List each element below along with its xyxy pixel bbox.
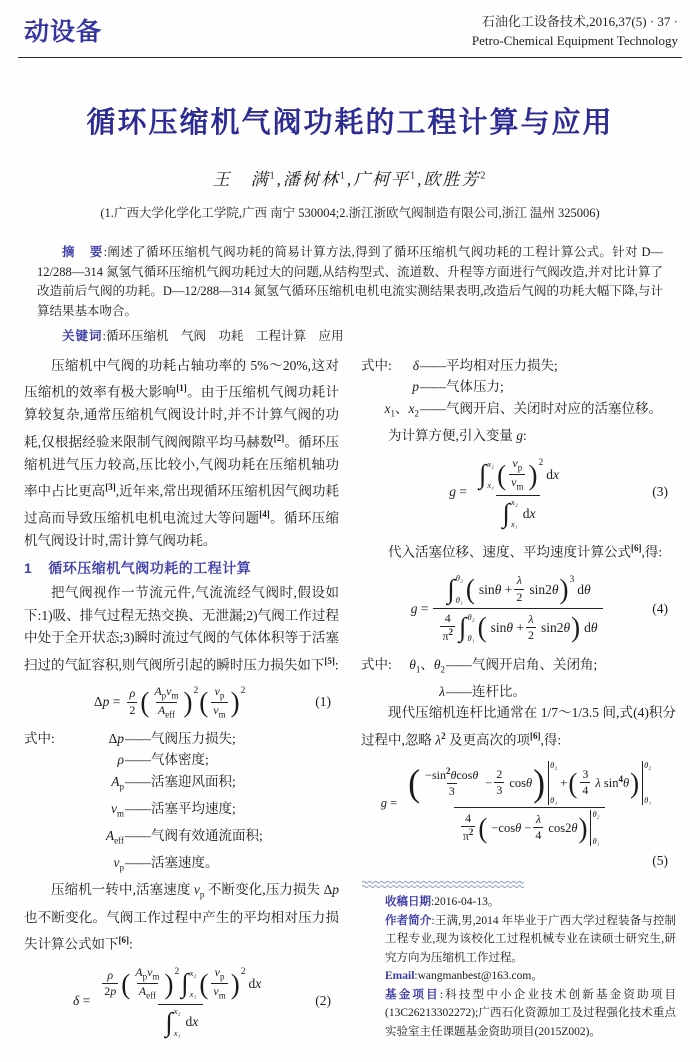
symbol-definitions-1: 式中:Δp——气阀压力损失; ρ——气体密度; Ap——活塞迎风面积; vm——… <box>24 728 339 880</box>
definition-row: λ——连杆比。 <box>361 681 676 703</box>
author-bio-line: 作者简介:王满,男,2014 年毕业于广西大学过程装备与控制工程专业,现为该校化… <box>385 912 676 968</box>
section-title: 循环压缩机气阀功耗的工程计算 <box>48 560 251 576</box>
left-paren: ( <box>478 815 487 841</box>
keywords-text: :循环压缩机 气阀 功耗 工程计算 应用 <box>103 329 344 343</box>
integral: ∫θ₂θ₁ <box>459 613 475 643</box>
evaluation-bar: θ₂θ₁ <box>590 810 599 846</box>
variable-g-paragraph: 为计算方便,引入变量 g: <box>361 425 676 448</box>
left-paren: ( <box>199 689 208 715</box>
definition-row: vp——活塞速度。 <box>24 852 339 879</box>
abstract-paragraph: 摘 要:阐述了循环压缩机气阀功耗的简易计算方法,得到了循环压缩机气阀功耗的工程计… <box>37 243 663 321</box>
symbol-definitions-2: 式中:δ——平均相对压力损失; p——气体压力; x1、x2——气阀开启、关闭时… <box>361 355 676 425</box>
abstract-label: 摘 要 <box>62 245 104 259</box>
keywords-paragraph: 关键词:循环压缩机 气阀 功耗 工程计算 应用 <box>37 327 663 347</box>
pressure-loss-paragraph: 压缩机一转中,活塞速度 vp 不断变化,压力损失 Δp 也不断变化。气阀工作过程… <box>24 879 339 956</box>
definition-row: vm——活塞平均速度; <box>24 798 339 825</box>
integral-icon: ∫ <box>181 970 188 997</box>
equation-5: g = ( −sin2θcosθ3 − 23 cosθ ) θ₂θ₁ + ( <box>361 759 676 848</box>
equation-number: (2) <box>315 990 331 1013</box>
symbol-definitions-3: 式中:θ1、θ2——气阀开启角、关闭角; λ——连杆比。 <box>361 654 676 703</box>
fund-line: 基金项目:科技型中小企业技术创新基金资助项目(13C26213302272);广… <box>385 986 676 1042</box>
definition-row: ρ——气体密度; <box>24 749 339 771</box>
integral-icon: ∫ <box>459 614 466 641</box>
column-tag: 动设备 <box>24 12 102 48</box>
authors-line: 王 满1,潘树林1,广柯平1,欧胜芳2 <box>0 165 700 190</box>
left-paren: ( <box>140 689 149 715</box>
intro-paragraph: 压缩机中气阀的功耗占轴功率的 5%～20%,这对压缩机的效率有极大影响[1]。由… <box>24 355 339 553</box>
left-paren: ( <box>497 462 506 488</box>
assumptions-paragraph: 把气阀视作一节流元件,气流流经气阀时,假设如下:1)吸、排气过程无热交换、无泄漏… <box>24 582 339 677</box>
right-paren: ) <box>559 577 568 603</box>
equation-number: (3) <box>652 481 668 504</box>
equation-3: g = ∫x₂x₁ ( vpvm )2 dx ∫x₂x₁ dx <box>361 454 676 530</box>
integral: ∫x₂x₁ <box>503 498 518 528</box>
journal-line-en: Petro-Chemical Equipment Technology <box>472 31 678 50</box>
right-paren: ) <box>231 689 240 715</box>
journal-page: 动设备 石油化工设备技术,2016,37(5) · 37 · Petro-Che… <box>0 0 700 1062</box>
equation-number: (4) <box>652 598 668 621</box>
definition-row: 式中:Δp——气阀压力损失; <box>24 728 339 750</box>
left-column: 压缩机中气阀的功耗占轴功率的 5%～20%,这对压缩机的效率有极大影响[1]。由… <box>24 355 339 1047</box>
journal-info: 石油化工设备技术,2016,37(5) · 37 · Petro-Chemica… <box>472 12 678 50</box>
journal-line-zh: 石油化工设备技术,2016,37(5) · 37 · <box>472 12 678 31</box>
left-paren: ( <box>466 577 475 603</box>
integral: ∫x₂x₁ <box>181 969 196 999</box>
two-column-body: 压缩机中气阀的功耗占轴功率的 5%～20%,这对压缩机的效率有极大影响[1]。由… <box>0 347 700 1047</box>
equation-number: (5) <box>361 850 676 873</box>
right-paren: ) <box>231 971 240 997</box>
article-title: 循环压缩机气阀功耗的工程计算与应用 <box>0 100 700 141</box>
integral-icon: ∫ <box>447 576 454 603</box>
left-paren: ( <box>121 971 130 997</box>
evaluation-bar: θ₂θ₁ <box>642 761 651 805</box>
definition-row: Aeff——气阀有效通流面积; <box>24 825 339 852</box>
keywords-label: 关键词 <box>62 329 103 343</box>
abstract-text: :阐述了循环压缩机气阀功耗的简易计算方法,得到了循环压缩机气阀功耗的工程计算公式… <box>37 245 663 318</box>
right-paren: ) <box>164 971 173 997</box>
equation-2: δ = ρ2p ( ApvmAeff )2 ∫x₂x₁ ( vpvm )2 dx <box>24 963 339 1039</box>
right-paren: ) <box>184 689 193 715</box>
section-heading-1: 1循环压缩机气阀功耗的工程计算 <box>24 557 339 580</box>
header-rule <box>18 57 682 58</box>
left-paren: ( <box>478 615 487 641</box>
definition-row: p——气体压力; <box>361 376 676 398</box>
affiliation-line: (1.广西大学化学化工学院,广西 南宁 530004;2.浙江浙欧气阀制造有限公… <box>0 203 700 221</box>
wavy-divider-icon <box>362 880 524 889</box>
received-date-line: 收稿日期:2016-04-13。 <box>385 893 676 912</box>
connecting-rod-paragraph: 现代压缩机连杆比通常在 1/7～1/3.5 间,式(4)积分过程中,忽略 λ2 … <box>361 702 676 752</box>
integral: ∫x₂x₁ <box>479 460 494 490</box>
integral-icon: ∫ <box>503 500 510 527</box>
footnote-section: 收稿日期:2016-04-13。 作者简介:王满,男,2014 年毕业于广西大学… <box>361 880 676 1041</box>
page-header: 动设备 石油化工设备技术,2016,37(5) · 37 · Petro-Che… <box>0 0 700 50</box>
right-paren: ) <box>630 770 639 796</box>
left-paren: ( <box>568 770 577 796</box>
evaluation-bar: θ₂θ₁ <box>548 761 557 805</box>
footnote-text-block: 收稿日期:2016-04-13。 作者简介:王满,男,2014 年毕业于广西大学… <box>361 893 676 1041</box>
left-paren: ( <box>199 971 208 997</box>
definition-row: x1、x2——气阀开启、关闭时对应的活塞位移。 <box>361 398 676 425</box>
definition-row: 式中:θ1、θ2——气阀开启角、关闭角; <box>361 654 676 681</box>
email-line: Email:wangmanbest@163.com。 <box>385 967 676 986</box>
equation-4: g = ∫θ₂θ₁ ( sinθ + λ2 sin2θ )3 dθ 4π2 <box>361 571 676 646</box>
integral: ∫θ₂θ₁ <box>447 574 463 604</box>
definition-row: 式中:δ——平均相对压力损失; <box>361 355 676 377</box>
section-number: 1 <box>24 560 32 576</box>
equation-number: (1) <box>315 691 331 714</box>
integral-icon: ∫ <box>165 1009 172 1036</box>
abstract-block: 摘 要:阐述了循环压缩机气阀功耗的简易计算方法,得到了循环压缩机气阀功耗的工程计… <box>37 243 663 347</box>
right-paren: ) <box>578 815 587 841</box>
integral-icon: ∫ <box>479 461 486 488</box>
right-paren: ) <box>533 766 545 800</box>
right-paren: ) <box>571 615 580 641</box>
definition-row: Ap——活塞迎风面积; <box>24 771 339 798</box>
right-column: 式中:δ——平均相对压力损失; p——气体压力; x1、x2——气阀开启、关闭时… <box>361 355 676 1047</box>
equation-1: Δp = ρ2 ( ApvmAeff )2 ( vpvm )2 (1) <box>24 684 339 721</box>
substitution-paragraph: 代入活塞位移、速度、平均速度计算公式[6],得: <box>361 537 676 564</box>
integral: ∫x₂x₁ <box>165 1007 180 1037</box>
right-paren: ) <box>528 462 537 488</box>
left-paren: ( <box>408 766 420 800</box>
